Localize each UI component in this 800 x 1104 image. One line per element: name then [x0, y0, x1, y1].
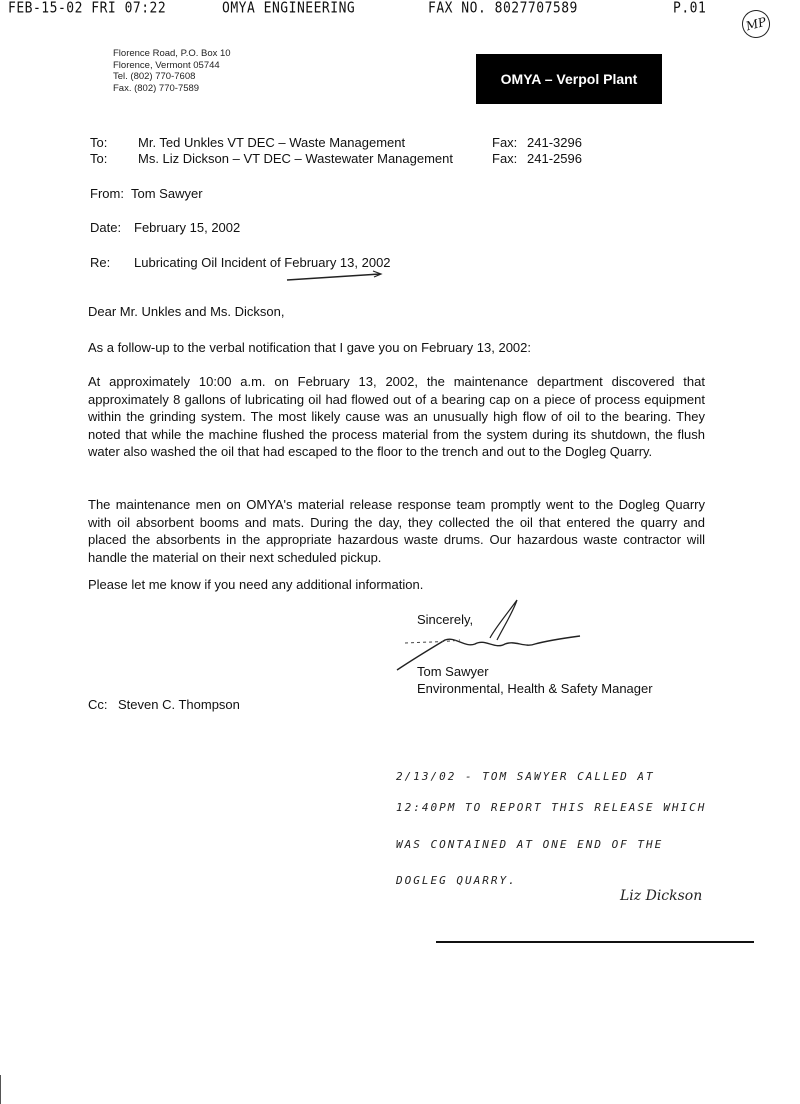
- initials-text: MP: [744, 15, 767, 34]
- recipient-fax: 241-3296: [527, 135, 582, 150]
- paragraph-incident: At approximately 10:00 a.m. on February …: [88, 373, 705, 461]
- address-line: Florence, Vermont 05744: [113, 60, 231, 72]
- handwritten-signature: Liz Dickson: [620, 888, 702, 904]
- cc-label: Cc:: [88, 697, 108, 712]
- from-label: From:: [90, 186, 124, 201]
- handwritten-note-line: WAS CONTAINED AT ONE END OF THE: [396, 838, 663, 851]
- letterhead-address: Florence Road, P.O. Box 10 Florence, Ver…: [113, 48, 231, 94]
- note-underline: [436, 941, 754, 943]
- recipient-name: Ms. Liz Dickson – VT DEC – Wastewater Ma…: [138, 151, 453, 166]
- recipient-name: Mr. Ted Unkles VT DEC – Waste Management: [138, 135, 405, 150]
- handwritten-note-line: 12:40PM TO REPORT THIS RELEASE WHICH: [396, 801, 706, 814]
- banner-text: OMYA – Verpol Plant: [501, 71, 638, 87]
- date-label: Date:: [90, 220, 121, 235]
- to-label: To:: [90, 151, 107, 166]
- fax-number: FAX NO. 8027707589: [428, 0, 578, 17]
- re-label: Re:: [90, 255, 110, 270]
- fax-sender: OMYA ENGINEERING: [222, 0, 355, 17]
- fax-page: P.01: [673, 0, 706, 17]
- company-banner: OMYA – Verpol Plant: [476, 54, 662, 104]
- handwritten-note-line: DOGLEG QUARRY.: [396, 874, 517, 887]
- to-label: To:: [90, 135, 107, 150]
- address-line: Fax. (802) 770-7589: [113, 83, 231, 95]
- intro-line: As a follow-up to the verbal notificatio…: [88, 340, 531, 355]
- fax-label: Fax:: [492, 135, 517, 150]
- from-name: Tom Sawyer: [131, 186, 203, 201]
- address-line: Florence Road, P.O. Box 10: [113, 48, 231, 60]
- address-line: Tel. (802) 770-7608: [113, 71, 231, 83]
- date-value: February 15, 2002: [134, 220, 240, 235]
- handwritten-arrow-mark: [285, 270, 385, 284]
- salutation: Dear Mr. Unkles and Ms. Dickson,: [88, 304, 285, 319]
- handwritten-note-line: 2/13/02 - TOM SAWYER CALLED AT: [396, 770, 655, 783]
- cc-name: Steven C. Thompson: [118, 697, 240, 712]
- fax-label: Fax:: [492, 151, 517, 166]
- fax-datetime: FEB-15-02 FRI 07:22: [8, 0, 166, 17]
- paragraph-response: The maintenance men on OMYA's material r…: [88, 496, 705, 566]
- scan-edge-mark: [0, 1075, 1, 1104]
- handwritten-initials: MP: [739, 7, 773, 41]
- recipient-fax: 241-2596: [527, 151, 582, 166]
- subject: Lubricating Oil Incident of February 13,…: [134, 255, 391, 270]
- signer-title: Environmental, Health & Safety Manager: [417, 681, 653, 696]
- signer-name: Tom Sawyer: [417, 664, 489, 679]
- closing-line: Please let me know if you need any addit…: [88, 577, 423, 592]
